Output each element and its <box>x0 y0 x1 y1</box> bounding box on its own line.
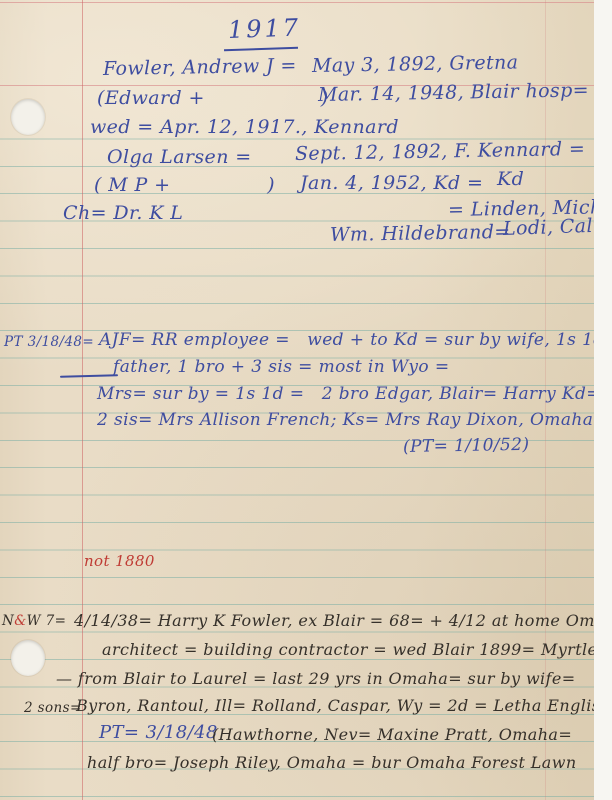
note1938-line4: Byron, Rantoul, Ill= Rolland, Caspar, Wy… <box>76 696 612 715</box>
note1948-margin-date: PT 3/18/48= <box>4 334 94 350</box>
entry-death: Mar. 14, 1948, Blair hosp= Kd <box>318 79 612 106</box>
entry-name: Fowler, Andrew J = <box>103 55 297 80</box>
note1938-line6: half bro= Joseph Riley, Omaha = bur Omah… <box>87 753 577 772</box>
entry-spouse-name: Olga Larsen = <box>107 146 252 168</box>
note1938-line2: architect = building contractor = wed Bl… <box>102 640 612 659</box>
margin-post: W 7= <box>27 613 67 629</box>
top-edge-line <box>0 2 594 3</box>
note1948-line1: AJF= RR employee = wed + to Kd = sur by … <box>99 330 612 350</box>
note1948-line3: Mrs= sur by = 1s 1d = 2 bro Edgar, Blair… <box>97 384 601 404</box>
red-correction-note: not 1880 <box>84 552 155 570</box>
margin-red-mark: & <box>14 613 26 629</box>
entry-lodi-note: Lodi, Calif <box>503 214 608 240</box>
entry-kd-note: Kd <box>497 168 524 190</box>
punch-hole-top <box>11 99 45 135</box>
note1938-sons-margin: 2 sons= <box>24 700 82 716</box>
title-underline <box>224 47 298 52</box>
entry-spouse-parents: ( M P + ) <box>94 174 275 196</box>
note1938-line1: 4/14/38= Harry K Fowler, ex Blair = 68= … <box>74 611 612 630</box>
entry-spouse-death: Jan. 4, 1952, Kd = <box>300 172 483 194</box>
punch-hole-bottom <box>11 640 45 676</box>
entry-children: Ch= Dr. K L <box>63 202 183 224</box>
note1938-line5: (Hawthorne, Nev= Maxine Pratt, Omaha= <box>212 725 572 744</box>
note1938-pt-date: PT= 3/18/48 <box>99 722 218 743</box>
entry-hildebrand-note: Wm. Hildebrand= <box>330 221 511 246</box>
note1948-citation: (PT= 1/10/52) <box>403 435 530 457</box>
note1938-margin-mark: N&W 7= <box>2 613 66 629</box>
entry-wedding: wed = Apr. 12, 1917., Kennard <box>90 116 399 138</box>
note1938-line3: — from Blair to Laurel = last 29 yrs in … <box>56 669 576 688</box>
margin-pre: N <box>2 613 14 629</box>
entry-birth: May 3, 1892, Gretna <box>312 51 519 77</box>
scanned-page: 1917 Fowler, Andrew J = May 3, 1892, Gre… <box>0 0 594 800</box>
note1948-line4: 2 sis= Mrs Allison French; Ks= Mrs Ray D… <box>97 410 612 430</box>
note1948-line2: father, 1 bro + 3 sis = most in Wyo = <box>113 357 450 377</box>
page-title-year: 1917 <box>228 13 302 44</box>
scanner-edge <box>594 0 612 800</box>
entry-parents: (Edward + ) <box>97 87 329 109</box>
